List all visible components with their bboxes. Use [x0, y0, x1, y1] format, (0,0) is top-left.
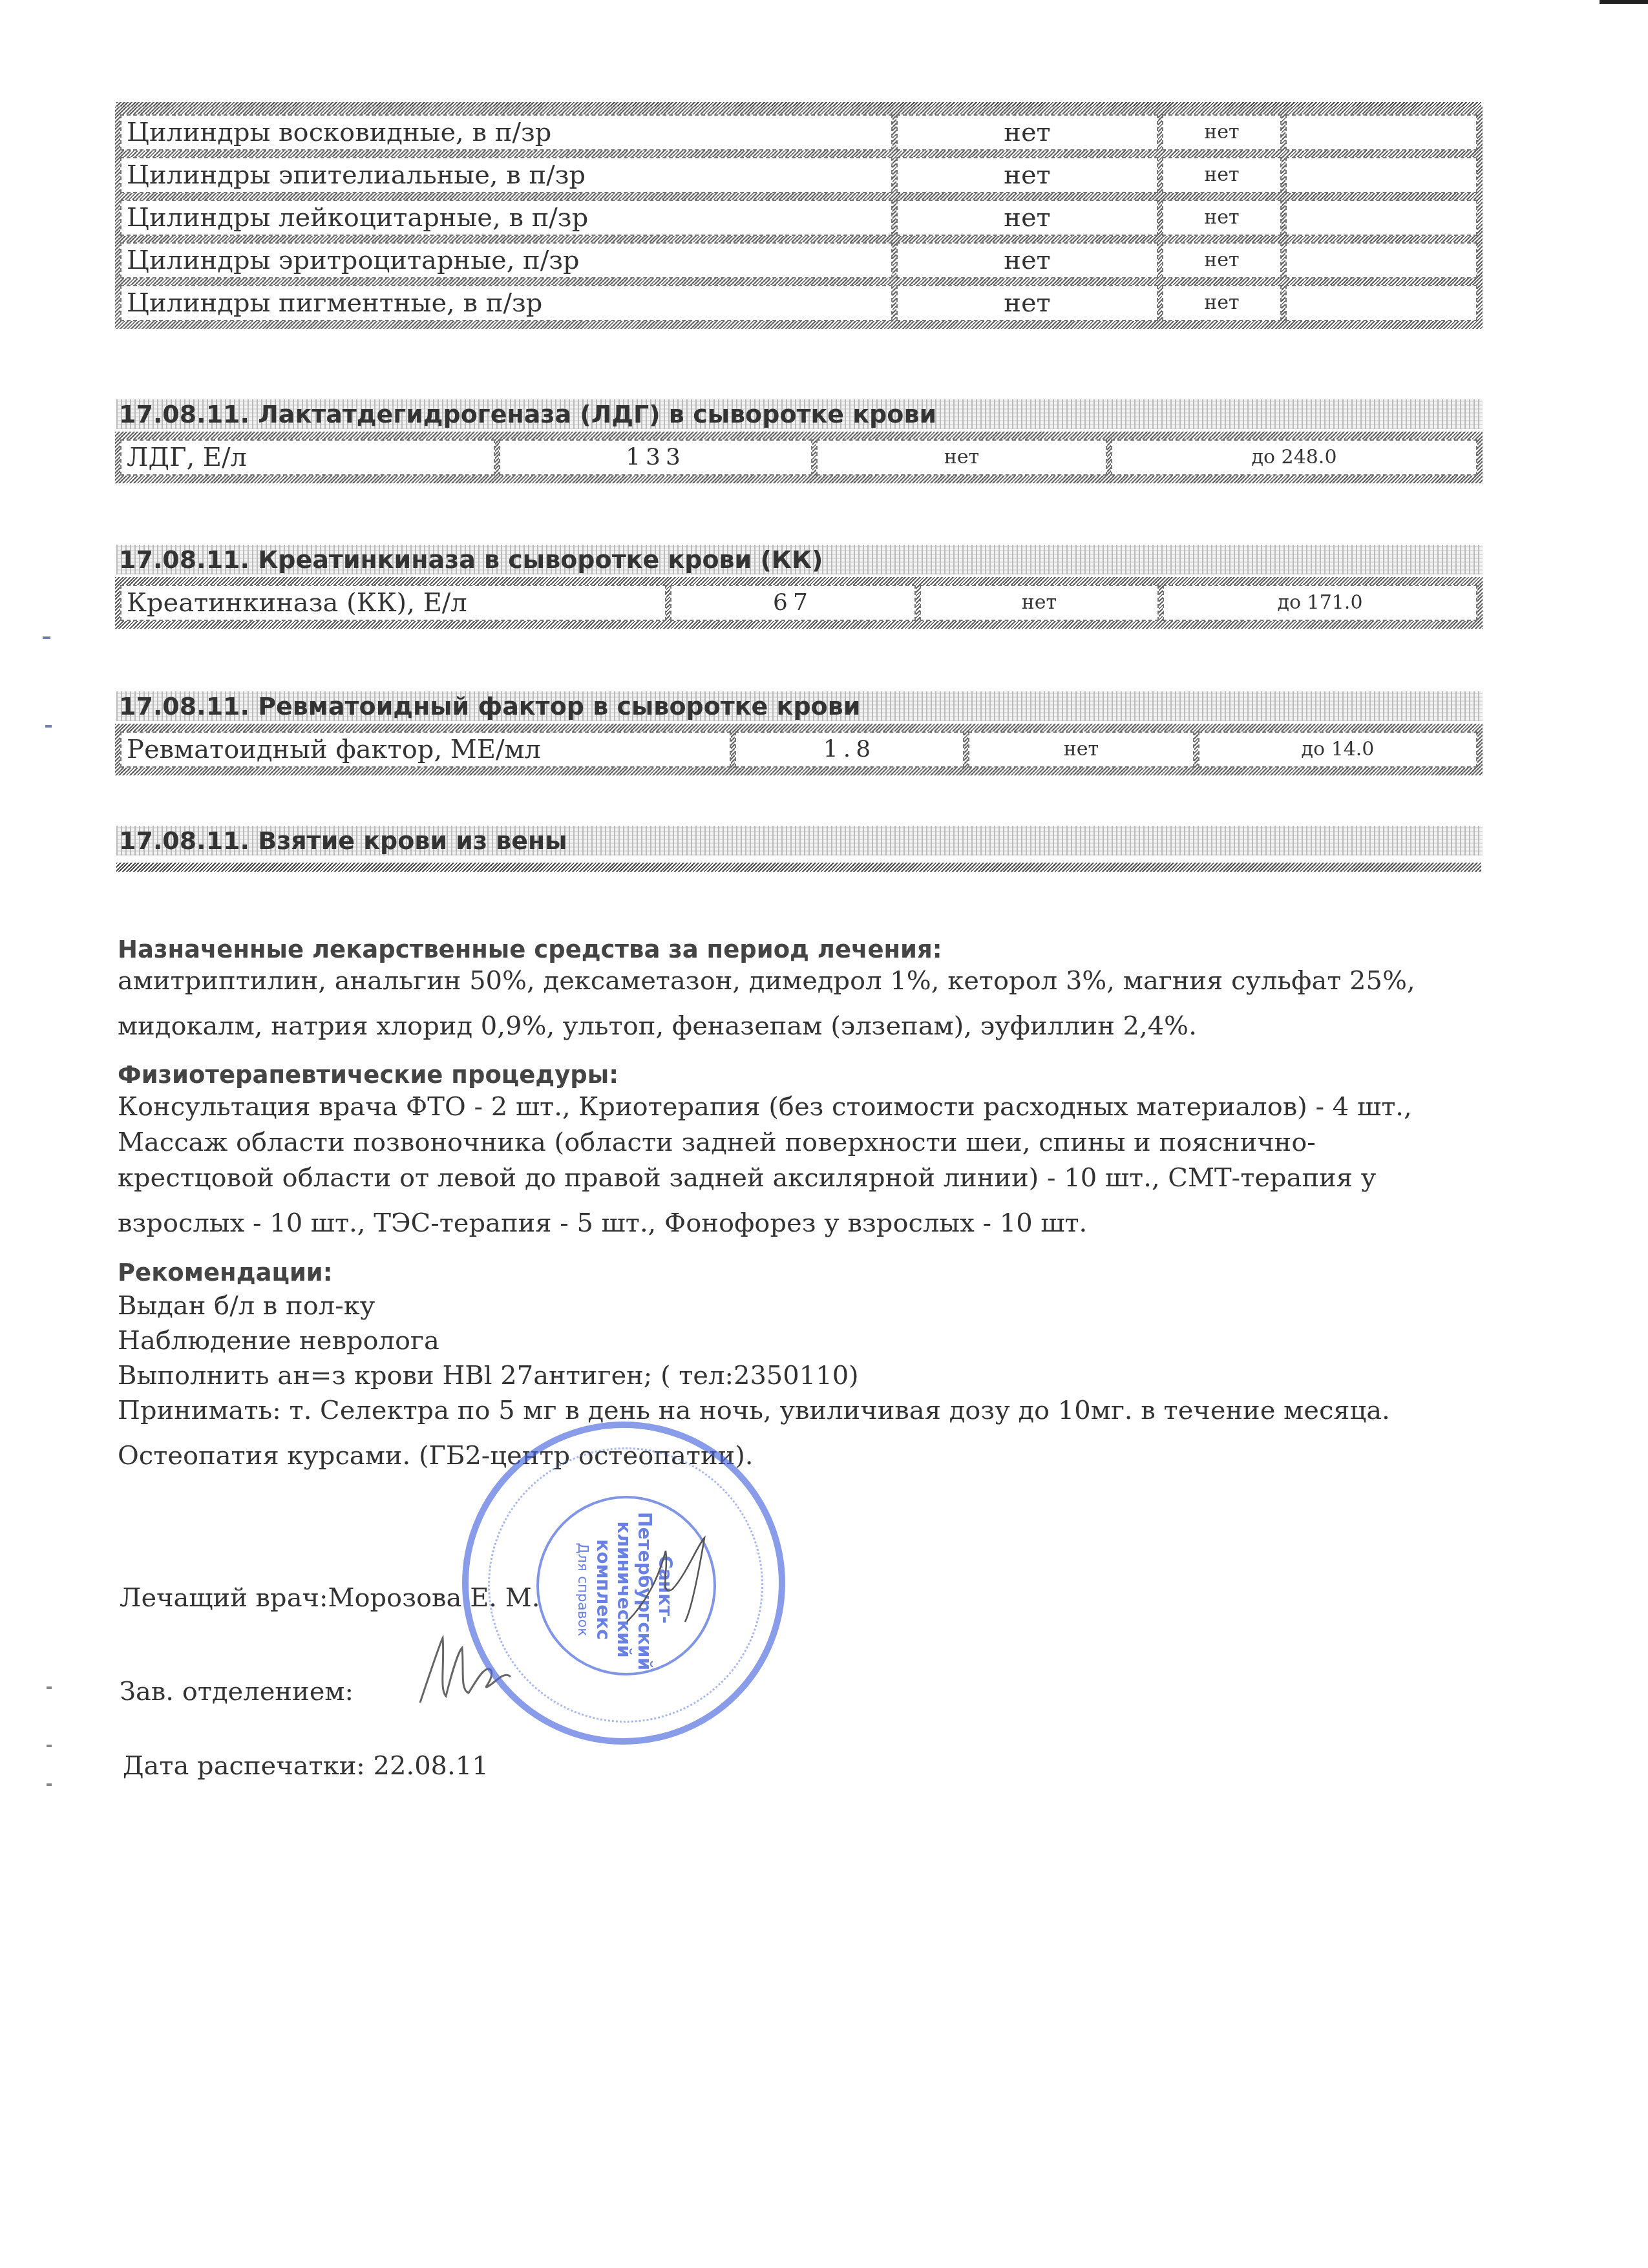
test-name: Креатинкиназа (КК), Е/л [120, 585, 666, 621]
stamp-line: Для справок [572, 1512, 593, 1667]
test-flag: нет [1162, 114, 1282, 151]
test-flag: нет [1162, 242, 1282, 278]
scan-mark [47, 1745, 52, 1747]
medications-line: мидокалм, натрия хлорид 0,9%, ультоп, фе… [118, 1011, 1197, 1041]
test-norm [1285, 200, 1477, 236]
test-result: нет [896, 242, 1158, 278]
recommendation-line: Выполнить ан=з крови HBl 27антиген; ( те… [118, 1361, 859, 1391]
stamp-line: комплекс [593, 1512, 613, 1667]
test-name: Цилиндры лейкоцитарные, в п/зр [120, 200, 893, 236]
test-norm: до 171.0 [1163, 585, 1477, 621]
table-row: Цилиндры восковидные, в п/зр нет нет [120, 114, 1477, 151]
test-norm [1285, 285, 1477, 321]
medications-label: Назначенные лекарственные средства за пе… [118, 936, 942, 963]
test-result: 67 [670, 585, 916, 621]
test-result: 1.8 [735, 731, 964, 768]
test-name: Цилиндры эритроцитарные, п/зр [120, 242, 893, 278]
scan-mark [47, 1686, 52, 1689]
section-divider [116, 863, 1481, 872]
ck-table: Креатинкиназа (КК), Е/л 67 нет до 171.0 [115, 577, 1483, 629]
table-row: Цилиндры лейкоцитарные, в п/зр нет нет [120, 200, 1477, 236]
test-flag: нет [1162, 200, 1282, 236]
table-row: Креатинкиназа (КК), Е/л 67 нет до 171.0 [120, 585, 1477, 621]
test-name: Ревматоидный фактор, МЕ/мл [120, 731, 731, 768]
test-result: нет [896, 157, 1158, 193]
test-name: Цилиндры пигментные, в п/зр [120, 285, 893, 321]
test-norm [1285, 114, 1477, 151]
physiotherapy-line: крестцовой области от левой до правой за… [118, 1163, 1376, 1193]
physiotherapy-label: Физиотерапевтические процедуры: [118, 1061, 618, 1089]
test-norm: до 14.0 [1198, 731, 1477, 768]
print-date: Дата распечатки: 22.08.11 [123, 1751, 489, 1781]
section-header-blood-draw: 17.08.11. Взятие крови из вены [116, 826, 1483, 856]
recommendation-line: Принимать: т. Селектра по 5 мг в день на… [118, 1396, 1390, 1425]
test-flag: нет [920, 585, 1159, 621]
section-header-ck: 17.08.11. Креатинкиназа в сыворотке кров… [116, 545, 1483, 574]
table-row: Цилиндры пигментные, в п/зр нет нет [120, 285, 1477, 321]
scan-mark [43, 636, 50, 639]
table-row: Цилиндры эпителиальные, в п/зр нет нет [120, 157, 1477, 193]
physiotherapy-line: взрослых - 10 шт., ТЭС-терапия - 5 шт., … [118, 1208, 1087, 1238]
recommendation-line: Выдан б/л в пол-ку [118, 1291, 375, 1321]
test-flag: нет [1162, 157, 1282, 193]
physiotherapy-line: Массаж области позвоночника (области зад… [118, 1128, 1316, 1157]
test-norm [1285, 242, 1477, 278]
scan-mark [47, 1783, 52, 1786]
scan-mark [45, 725, 52, 728]
rf-table: Ревматоидный фактор, МЕ/мл 1.8 нет до 14… [115, 724, 1483, 775]
test-name: Цилиндры эпителиальные, в п/зр [120, 157, 893, 193]
test-flag: нет [816, 439, 1107, 476]
ldh-table: ЛДГ, Е/л 133 нет до 248.0 [115, 432, 1483, 483]
test-norm [1285, 157, 1477, 193]
table-row: Ревматоидный фактор, МЕ/мл 1.8 нет до 14… [120, 731, 1477, 768]
scan-edge-mark [1600, 0, 1648, 4]
test-flag: нет [968, 731, 1194, 768]
test-result: 133 [499, 439, 812, 476]
urine-casts-table: Цилиндры восковидные, в п/зр нет нет Цил… [115, 107, 1483, 329]
recommendation-line: Наблюдение невролога [118, 1326, 439, 1356]
test-result: нет [896, 285, 1158, 321]
table-row: Цилиндры эритроцитарные, п/зр нет нет [120, 242, 1477, 278]
test-result: нет [896, 200, 1158, 236]
stamp-signature-icon [620, 1525, 717, 1628]
medications-line: амитриптилин, анальгин 50%, дексаметазон… [118, 966, 1415, 996]
section-header-ldh: 17.08.11. Лактатдегидрогеназа (ЛДГ) в сы… [116, 399, 1483, 429]
test-result: нет [896, 114, 1158, 151]
recommendations-label: Рекомендации: [118, 1259, 333, 1286]
test-flag: нет [1162, 285, 1282, 321]
test-name: ЛДГ, Е/л [120, 439, 495, 476]
table-row: ЛДГ, Е/л 133 нет до 248.0 [120, 439, 1477, 476]
section-header-rf: 17.08.11. Ревматоидный фактор в сыворотк… [116, 691, 1483, 721]
test-name: Цилиндры восковидные, в п/зр [120, 114, 893, 151]
physiotherapy-line: Консультация врача ФТО - 2 шт., Криотера… [118, 1092, 1412, 1122]
head-of-department: Зав. отделением: [120, 1677, 354, 1706]
test-norm: до 248.0 [1111, 439, 1477, 476]
